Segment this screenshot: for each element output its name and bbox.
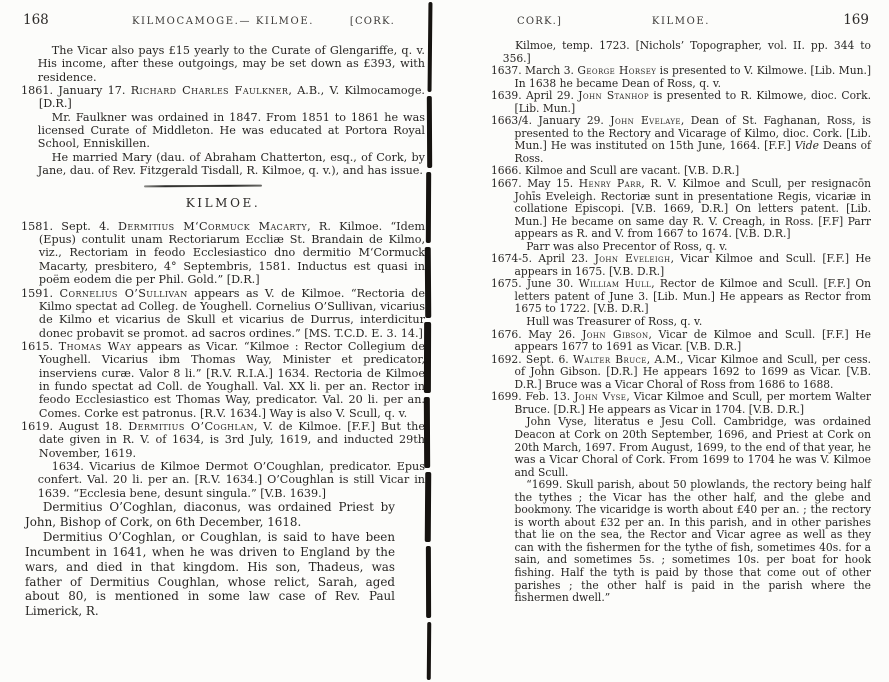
text-run: 1667. May 15. bbox=[491, 177, 579, 190]
record-entry: 1619. August 18. Dermitius O’Coghlan, V.… bbox=[21, 420, 425, 460]
gutter-segment bbox=[425, 472, 431, 542]
record-entry: 1675. June 30. William Hull, Rector de K… bbox=[491, 278, 871, 316]
gutter-segment bbox=[425, 247, 431, 318]
person-name: John Evelaye bbox=[610, 114, 681, 127]
right-page-number: 169 bbox=[843, 12, 869, 28]
left-page-body: The Vicar also pays £15 yearly to the Cu… bbox=[21, 44, 425, 619]
paragraph: He married Mary (dau. of Abraham Chatter… bbox=[38, 151, 425, 178]
book-gutter-icon bbox=[419, 0, 435, 682]
paragraph: The Vicar also pays £15 yearly to the Cu… bbox=[38, 44, 425, 84]
record-entry: 1663/4. January 29. John Evelaye, Dean o… bbox=[491, 115, 871, 165]
right-page: CORK.] KILMOE. 169 Kilmoe, temp. 1723. [… bbox=[491, 13, 871, 605]
paragraph: Mr. Faulkner was ordained in 1847. From … bbox=[38, 111, 425, 151]
text-run: “1699. Skull parish, about 50 plowlands,… bbox=[515, 478, 871, 604]
gutter-segment bbox=[424, 397, 430, 468]
text-run: 1699. Feb. 13. bbox=[491, 390, 574, 403]
text-run: 1634. Vicarius de Kilmoe Dermot O’Coughl… bbox=[38, 460, 425, 500]
record-entry: 1639. April 29. John Stanhop is presente… bbox=[491, 90, 871, 115]
person-name: Dermitius O’Coghlan bbox=[128, 420, 254, 433]
paragraph: John Vyse, literatus e Jesu Coll. Cambri… bbox=[515, 416, 871, 479]
left-page-header: 168 KILMOCAMOGE.— KILMOE. [CORK. bbox=[21, 13, 425, 31]
paragraph: Dermitius O’Coghlan, or Coughlan, is sai… bbox=[25, 530, 395, 619]
gutter-segment bbox=[428, 2, 433, 92]
person-name: John Eveleigh bbox=[595, 252, 671, 265]
record-entry: 1667. May 15. Henry Parr, R. V. Kilmoe a… bbox=[491, 178, 871, 241]
paragraph: “1699. Skull parish, about 50 plowlands,… bbox=[515, 479, 871, 604]
text-run: 1615. bbox=[21, 340, 59, 353]
person-name: John Stanhop bbox=[578, 89, 649, 102]
book-scan: { "left_page": { "page_number": "168", "… bbox=[0, 0, 889, 682]
text-run: 1676. May 26. bbox=[491, 328, 582, 341]
gutter-segment bbox=[426, 546, 431, 618]
section-heading: KILMOE. bbox=[21, 197, 425, 210]
person-name: Dermitius M‘Cormuck Macarty bbox=[118, 220, 307, 233]
gutter-segment bbox=[427, 96, 432, 168]
text-run: 1692. Sept. 6. bbox=[491, 353, 573, 366]
paragraph: Dermitius O’Coghlan, diaconus, was ordai… bbox=[25, 500, 395, 530]
record-entry: 1674-5. April 23. John Eveleigh, Vicar K… bbox=[491, 253, 871, 278]
text-run: He married Mary (dau. of Abraham Chatter… bbox=[38, 151, 425, 177]
text-run: 1591. bbox=[21, 287, 60, 300]
text-run: John Vyse, literatus e Jesu Coll. Cambri… bbox=[515, 415, 871, 478]
record-entry: 1676. May 26. John Gibson, Vicar de Kilm… bbox=[491, 329, 871, 354]
text-run: 1639. April 29. bbox=[491, 89, 578, 102]
text-run: 1663/4. January 29. bbox=[491, 114, 610, 127]
text-run: Parr was also Precentor of Ross, q. v. bbox=[526, 240, 727, 253]
gutter-segment bbox=[424, 322, 431, 393]
record-entry: 1615. Thomas Way appears as Vicar. “Kilm… bbox=[21, 340, 425, 420]
person-name: Walter Bruce bbox=[573, 353, 647, 366]
person-name: Cornelius O’Sullivan bbox=[60, 287, 188, 300]
gutter-segment bbox=[426, 172, 431, 243]
paragraph: Kilmoe, temp. 1723. [Nichols’ Topographe… bbox=[503, 40, 871, 65]
text-run: 1637. March 3. bbox=[491, 64, 577, 77]
text-run: Dermitius O’Coghlan, or Coughlan, is sai… bbox=[25, 530, 395, 619]
right-page-body: Kilmoe, temp. 1723. [Nichols’ Topographe… bbox=[491, 40, 871, 605]
right-running-title: KILMOE. bbox=[491, 16, 871, 27]
left-page: 168 KILMOCAMOGE.— KILMOE. [CORK. The Vic… bbox=[21, 13, 425, 619]
text-run: 1581. Sept. 4. bbox=[21, 220, 118, 233]
person-name: Thomas Way bbox=[59, 340, 131, 353]
text-run: 1674-5. April 23. bbox=[491, 252, 595, 265]
record-entry: 1692. Sept. 6. Walter Bruce, A.M., Vicar… bbox=[491, 354, 871, 392]
text-run: 1675. June 30. bbox=[491, 277, 579, 290]
section-divider bbox=[144, 185, 262, 188]
record-entry: 1591. Cornelius O’Sullivan appears as V.… bbox=[21, 287, 425, 340]
person-name: George Horsey bbox=[577, 64, 656, 77]
person-name: Richard Charles Faulkner bbox=[131, 84, 289, 97]
person-name: John Vyse bbox=[574, 390, 626, 403]
text-run: 1619. August 18. bbox=[21, 420, 128, 433]
text-run: 1861. January 17. bbox=[21, 84, 131, 97]
text-run: Kilmoe, temp. 1723. [Nichols’ Topographe… bbox=[503, 39, 871, 65]
record-entry: 1861. January 17. Richard Charles Faulkn… bbox=[21, 84, 425, 111]
left-corner-label: [CORK. bbox=[350, 16, 395, 27]
person-name: William Hull bbox=[579, 277, 652, 290]
record-entry: 1581. Sept. 4. Dermitius M‘Cormuck Macar… bbox=[21, 220, 425, 287]
text-run: The Vicar also pays £15 yearly to the Cu… bbox=[38, 44, 425, 84]
text-run: 1666. Kilmoe and Scull are vacant. [V.B.… bbox=[491, 164, 739, 177]
record-entry: 1637. March 3. George Horsey is presente… bbox=[491, 65, 871, 90]
record-entry: 1699. Feb. 13. John Vyse, Vicar Kilmoe a… bbox=[491, 391, 871, 416]
person-name: Henry Parr bbox=[579, 177, 642, 190]
gutter-segment bbox=[427, 622, 432, 680]
text-run: Vide bbox=[795, 139, 819, 152]
text-run: Hull was Treasurer of Ross, q. v. bbox=[526, 315, 702, 328]
paragraph: 1634. Vicarius de Kilmoe Dermot O’Coughl… bbox=[38, 460, 425, 500]
text-run: Dermitius O’Coghlan, diaconus, was ordai… bbox=[25, 500, 395, 529]
right-page-header: CORK.] KILMOE. 169 bbox=[491, 13, 871, 31]
text-run: Mr. Faulkner was ordained in 1847. From … bbox=[38, 111, 425, 151]
person-name: John Gibson bbox=[582, 328, 648, 341]
